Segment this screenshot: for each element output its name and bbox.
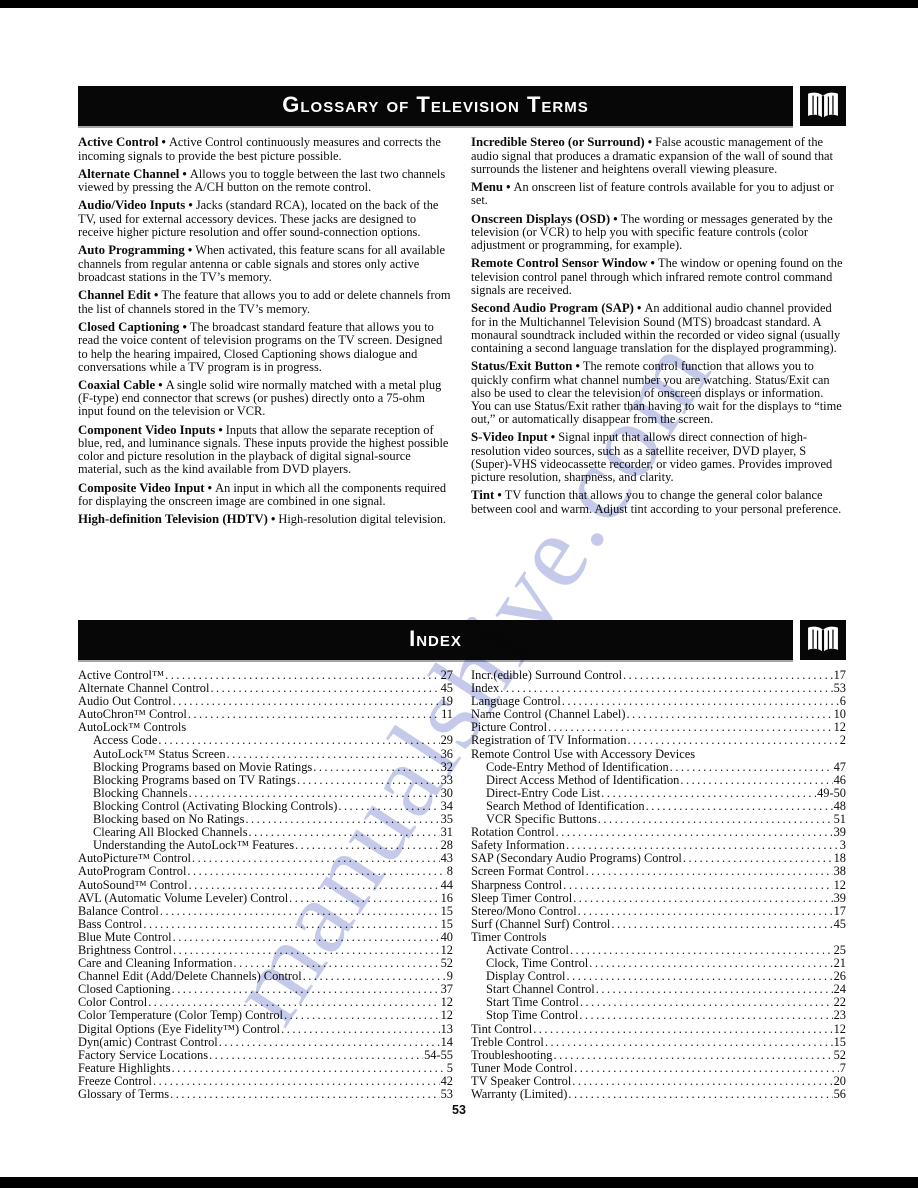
index-entry-label: AVL (Automatic Volume Leveler) Control: [78, 892, 288, 905]
index-entry: Sharpness Control12: [471, 879, 846, 892]
dot-leader: [680, 774, 832, 787]
index-entry-label: Glossary of Terms: [78, 1088, 169, 1101]
index-entry-label: Feature Highlights: [78, 1062, 171, 1075]
index-title: Index: [409, 628, 462, 650]
index-entry-page: 12: [834, 879, 846, 892]
index-entry: Factory Service Locations54-55: [78, 1049, 453, 1062]
dot-leader: [533, 1023, 832, 1036]
glossary-term: Audio/Video Inputs: [78, 198, 185, 212]
index-entry: Access Code29: [78, 734, 453, 747]
index-entry-label: Digital Options (Eye Fidelity™) Control: [78, 1023, 280, 1036]
dot-leader: [173, 695, 440, 708]
dot-leader: [227, 748, 440, 761]
bullet-separator: •: [215, 423, 226, 437]
dot-leader: [189, 879, 440, 892]
bullet-separator: •: [634, 301, 645, 315]
bullet-separator: •: [268, 512, 279, 526]
glossary-entry: Coaxial Cable • A single solid wire norm…: [78, 379, 453, 419]
index-columns: Active Control™27Alternate Channel Contr…: [78, 669, 846, 1101]
dot-leader: [209, 1049, 423, 1062]
index-entry: Code-Entry Method of Identification47: [471, 761, 846, 774]
index-entry: Timer Controls: [471, 931, 846, 944]
glossary-entry: Second Audio Program (SAP) • An addition…: [471, 302, 846, 355]
dot-leader: [173, 931, 440, 944]
top-edge-rule: [0, 0, 918, 8]
index-entry-page: 11: [441, 708, 453, 721]
index-entry-label: Warranty (Limited): [471, 1088, 567, 1101]
glossary-definition: An onscreen list of feature controls ava…: [471, 180, 834, 208]
index-entry-label: AutoLock™ Status Screen: [93, 748, 226, 761]
dot-leader: [172, 983, 440, 996]
dot-leader: [158, 734, 439, 747]
index-entry-page: 33: [441, 774, 453, 787]
dot-leader: [670, 761, 833, 774]
glossary-entry: Menu • An onscreen list of feature contr…: [471, 181, 846, 208]
index-entry-page: 40: [441, 931, 453, 944]
bullet-separator: •: [494, 488, 505, 502]
bullet-separator: •: [179, 167, 190, 181]
glossary-term: High-definition Television (HDTV): [78, 512, 268, 526]
dot-leader: [170, 1088, 439, 1101]
index-entry: Glossary of Terms53: [78, 1088, 453, 1101]
glossary-entry: Incredible Stereo (or Surround) • False …: [471, 136, 846, 176]
index-section: Index Active Control™27Alternate Channel…: [78, 620, 846, 1101]
dot-leader: [172, 1062, 446, 1075]
index-entry-page: 14: [441, 1036, 453, 1049]
index-entry-page: 16: [441, 892, 453, 905]
glossary-term: Incredible Stereo (or Surround): [471, 136, 645, 149]
index-entry: Blocking Programs based on TV Ratings33: [78, 774, 453, 787]
glossary-term: Coaxial Cable: [78, 378, 155, 392]
glossary-term: Onscreen Displays (OSD): [471, 212, 610, 226]
index-entry-label: Screen Format Control: [471, 865, 585, 878]
index-entry-page: 30: [441, 787, 453, 800]
dot-leader: [580, 996, 833, 1009]
bullet-separator: •: [503, 180, 514, 194]
glossary-entry: Closed Captioning • The broadcast standa…: [78, 321, 453, 374]
index-entry-label: Blue Mute Control: [78, 931, 172, 944]
index-entry-page: 2: [840, 734, 846, 747]
index-entry: Screen Format Control38: [471, 865, 846, 878]
dot-leader: [245, 813, 439, 826]
index-entry-page: 39: [834, 892, 846, 905]
bullet-separator: •: [185, 243, 196, 257]
dot-leader: [188, 708, 440, 721]
glossary-entry: Auto Programming • When activated, this …: [78, 244, 453, 284]
index-entry: Blue Mute Control40: [78, 931, 453, 944]
index-entry-label: Direct Access Method of Identification: [486, 774, 679, 787]
dot-leader: [160, 905, 440, 918]
index-entry-page: 7: [840, 1062, 846, 1075]
index-entry: Sleep Timer Control39: [471, 892, 846, 905]
index-title-bar: Index: [78, 620, 793, 660]
index-entry-label: Tint Control: [471, 1023, 532, 1036]
glossary-entry: Onscreen Displays (OSD) • The wording or…: [471, 213, 846, 253]
index-entry-page: 32: [441, 761, 453, 774]
index-entry-page: 56: [834, 1088, 846, 1101]
index-entry-page: 53: [441, 1088, 453, 1101]
index-entry-page: 38: [834, 865, 846, 878]
open-book-icon: [800, 620, 846, 660]
dot-leader: [295, 839, 440, 852]
glossary-term: Active Control: [78, 136, 158, 149]
glossary-term: S-Video Input: [471, 430, 548, 444]
index-entry: AVL (Automatic Volume Leveler) Control16: [78, 892, 453, 905]
index-entry: Balance Control15: [78, 905, 453, 918]
index-entry-page: 36: [441, 748, 453, 761]
index-entry-label: Blocking Programs based on TV Ratings: [93, 774, 296, 787]
dot-leader: [284, 1009, 440, 1022]
index-entry-page: 47: [834, 761, 846, 774]
dot-leader: [303, 970, 446, 983]
index-entry: Registration of TV Information2: [471, 734, 846, 747]
dot-leader: [297, 774, 440, 787]
dot-leader: [572, 1075, 832, 1088]
index-entry-label: AutoSound™ Control: [78, 879, 188, 892]
dot-leader: [683, 852, 833, 865]
index-entry-label: Surf (Channel Surf) Control: [471, 918, 610, 931]
index-entry: AutoSound™ Control44: [78, 879, 453, 892]
glossary-entry: Tint • TV function that allows you to ch…: [471, 489, 846, 516]
glossary-term: Closed Captioning: [78, 320, 179, 334]
bullet-separator: •: [185, 198, 196, 212]
bullet-separator: •: [205, 481, 216, 495]
index-entry-label: Sharpness Control: [471, 879, 562, 892]
dot-leader: [338, 800, 439, 813]
index-entry-page: 8: [447, 865, 453, 878]
glossary-term: Auto Programming: [78, 243, 185, 257]
index-entry-page: 15: [834, 1036, 846, 1049]
glossary-entry: High-definition Television (HDTV) • High…: [78, 513, 453, 527]
bottom-edge-rule: [0, 1177, 918, 1188]
glossary-left-column: Active Control • Active Control continuo…: [78, 136, 453, 608]
index-entry-page: 29: [441, 734, 453, 747]
index-entry: AutoLock™ Status Screen36: [78, 748, 453, 761]
index-entry-label: Stereo/Mono Control: [471, 905, 577, 918]
dot-leader: [578, 905, 833, 918]
dot-leader: [627, 708, 833, 721]
index-left-column: Active Control™27Alternate Channel Contr…: [78, 669, 453, 1101]
index-entry-page: 13: [441, 1023, 453, 1036]
index-entry: Color Temperature (Color Temp) Control12: [78, 1009, 453, 1022]
glossary-term: Remote Control Sensor Window: [471, 256, 647, 270]
index-entry-label: Factory Service Locations: [78, 1049, 208, 1062]
index-entry: Surf (Channel Surf) Control45: [471, 918, 846, 931]
index-entry-label: Registration of TV Information: [471, 734, 626, 747]
dot-leader: [623, 669, 833, 682]
manual-page: Glossary of Television Terms Active Cont…: [0, 0, 918, 1188]
index-entry-page: 44: [441, 879, 453, 892]
bullet-separator: •: [155, 378, 166, 392]
dot-leader: [153, 1075, 440, 1088]
glossary-entry: Component Video Inputs • Inputs that all…: [78, 424, 453, 477]
glossary-definition: TV function that allows you to change th…: [471, 488, 841, 516]
glossary-term: Menu: [471, 180, 503, 194]
dot-leader: [570, 944, 833, 957]
index-entry: Bass Control15: [78, 918, 453, 931]
dot-leader: [187, 865, 445, 878]
index-entry-label: Blocking Programs based on Movie Ratings: [93, 761, 312, 774]
glossary-term: Tint: [471, 488, 494, 502]
glossary-right-column: Incredible Stereo (or Surround) • False …: [471, 136, 846, 608]
dot-leader: [289, 892, 439, 905]
index-entry-page: 52: [834, 1049, 846, 1062]
index-entry-label: Blocking Channels: [93, 787, 188, 800]
index-entry-label: Dyn(amic) Contrast Control: [78, 1036, 218, 1049]
dot-leader: [563, 879, 832, 892]
index-entry-label: Bass Control: [78, 918, 142, 931]
open-book-icon: [800, 86, 846, 126]
glossary-section: Glossary of Television Terms Active Cont…: [78, 86, 846, 608]
bullet-separator: •: [572, 359, 583, 373]
glossary-definition: High-resolution digital television.: [278, 512, 446, 526]
index-entry-page: 17: [834, 905, 846, 918]
index-entry-page: 15: [441, 905, 453, 918]
glossary-entry: Alternate Channel • Allows you to toggle…: [78, 168, 453, 195]
dot-leader: [611, 918, 832, 931]
dot-leader: [586, 865, 833, 878]
glossary-entry: Channel Edit • The feature that allows y…: [78, 289, 453, 316]
glossary-term: Channel Edit: [78, 288, 151, 302]
index-entry: AutoProgram Control8: [78, 865, 453, 878]
dot-leader: [598, 813, 833, 826]
glossary-term: Alternate Channel: [78, 167, 179, 181]
glossary-header: Glossary of Television Terms: [78, 86, 846, 126]
index-entry-page: 49-50: [817, 787, 846, 800]
index-entry-label: Timer Controls: [471, 931, 547, 944]
index-entry-page: 12: [441, 1009, 453, 1022]
index-entry-label: Color Temperature (Color Temp) Control: [78, 1009, 283, 1022]
index-entry-page: 46: [834, 774, 846, 787]
glossary-entry: Audio/Video Inputs • Jacks (standard RCA…: [78, 199, 453, 239]
index-entry-page: 5: [447, 1062, 453, 1075]
index-entry-label: AutoProgram Control: [78, 865, 186, 878]
dot-leader: [574, 1062, 839, 1075]
dot-leader: [281, 1023, 439, 1036]
index-entry-page: 54-55: [424, 1049, 453, 1062]
glossary-term: Second Audio Program (SAP): [471, 301, 634, 315]
index-entry: Tuner Mode Control7: [471, 1062, 846, 1075]
index-entry: Digital Options (Eye Fidelity™) Control1…: [78, 1023, 453, 1036]
index-entry-label: Direct-Entry Code List: [486, 787, 600, 800]
dot-leader: [596, 983, 833, 996]
index-entry-page: 12: [834, 1023, 846, 1036]
index-entry-label: Tuner Mode Control: [471, 1062, 573, 1075]
dot-leader: [646, 800, 833, 813]
index-entry-label: Sleep Timer Control: [471, 892, 572, 905]
dot-leader: [556, 826, 833, 839]
index-entry: Blocking Programs based on Movie Ratings…: [78, 761, 453, 774]
glossary-entry: Status/Exit Button • The remote control …: [471, 360, 846, 426]
index-entry-label: Treble Control: [471, 1036, 544, 1049]
dot-leader: [567, 970, 833, 983]
glossary-term: Composite Video Input: [78, 481, 205, 495]
glossary-columns: Active Control • Active Control continuo…: [78, 136, 846, 608]
index-entry: Dyn(amic) Contrast Control14: [78, 1036, 453, 1049]
index-entry-label: Troubleshooting: [471, 1049, 552, 1062]
index-header: Index: [78, 620, 846, 660]
dot-leader: [192, 852, 440, 865]
index-entry-label: Code-Entry Method of Identification: [486, 761, 669, 774]
index-entry: Blocking Channels30: [78, 787, 453, 800]
index-entry-label: Remote Control Use with Accessory Device…: [471, 748, 695, 761]
bullet-separator: •: [610, 212, 621, 226]
glossary-entry: S-Video Input • Signal input that allows…: [471, 431, 846, 484]
page-number: 53: [0, 1103, 918, 1117]
glossary-term: Status/Exit Button: [471, 359, 572, 373]
index-entry-label: Balance Control: [78, 905, 159, 918]
dot-leader: [589, 957, 832, 970]
index-entry: Remote Control Use with Accessory Device…: [471, 748, 846, 761]
bullet-separator: •: [645, 136, 656, 149]
index-entry: Direct-Entry Code List49-50: [471, 787, 846, 800]
index-entry: Incr.(edible) Surround Control17: [471, 669, 846, 682]
dot-leader: [627, 734, 838, 747]
dot-leader: [568, 1088, 832, 1101]
index-right-column: Incr.(edible) Surround Control17Index53L…: [471, 669, 846, 1101]
index-entry: Treble Control15: [471, 1036, 846, 1049]
dot-leader: [210, 682, 439, 695]
index-entry-label: Access Code: [93, 734, 157, 747]
index-entry: Warranty (Limited)56: [471, 1088, 846, 1101]
index-entry: Stop Time Control23: [471, 1009, 846, 1022]
dot-leader: [219, 1036, 440, 1049]
bullet-separator: •: [647, 256, 658, 270]
index-entry: Stereo/Mono Control17: [471, 905, 846, 918]
glossary-entry: Remote Control Sensor Window • The windo…: [471, 257, 846, 297]
dot-leader: [545, 1036, 833, 1049]
dot-leader: [573, 892, 832, 905]
index-entry-label: Stop Time Control: [486, 1009, 578, 1022]
index-entry: Direct Access Method of Identification46: [471, 774, 846, 787]
dot-leader: [579, 1009, 832, 1022]
glossary-entry: Active Control • Active Control continuo…: [78, 136, 453, 163]
glossary-title: Glossary of Television Terms: [282, 94, 588, 116]
glossary-entry: Composite Video Input • An input in whic…: [78, 482, 453, 509]
bullet-separator: •: [179, 320, 190, 334]
dot-leader: [189, 787, 440, 800]
dot-leader: [143, 918, 439, 931]
page-content: Glossary of Television Terms Active Cont…: [78, 86, 846, 1101]
bullet-separator: •: [548, 430, 559, 444]
bullet-separator: •: [158, 136, 169, 149]
glossary-term: Component Video Inputs: [78, 423, 215, 437]
glossary-title-bar: Glossary of Television Terms: [78, 86, 793, 126]
dot-leader: [313, 761, 439, 774]
bullet-separator: •: [151, 288, 162, 302]
index-entry: Tint Control12: [471, 1023, 846, 1036]
index-entry-page: 15: [441, 918, 453, 931]
index-entry-page: 23: [834, 1009, 846, 1022]
dot-leader: [601, 787, 816, 800]
index-entry-page: 45: [834, 918, 846, 931]
index-entry: Troubleshooting52: [471, 1049, 846, 1062]
dot-leader: [553, 1049, 832, 1062]
index-entry: Feature Highlights5: [78, 1062, 453, 1075]
